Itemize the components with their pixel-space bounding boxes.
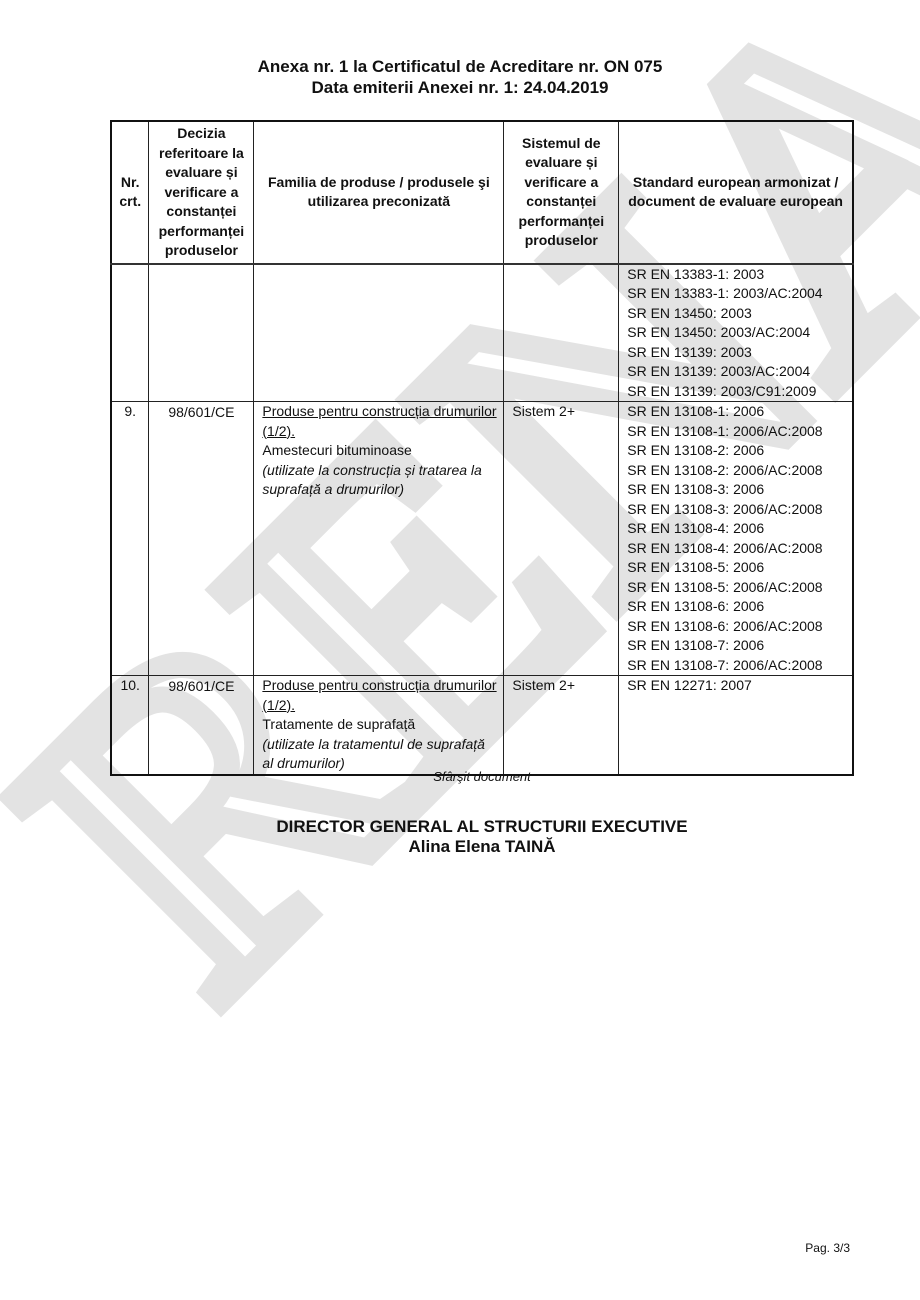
standard-item: SR EN 13450: 2003 [627,304,848,324]
standard-item: SR EN 13108-1: 2006/AC:2008 [627,422,848,442]
standards-cell: SR EN 13383-1: 2003SR EN 13383-1: 2003/A… [619,264,853,402]
column-header-system: Sistemul de evaluare și verificare a con… [504,121,619,264]
column-header-decision: Decizia referitoare la evaluare și verif… [149,121,254,264]
table-header-row: Nr. crt. Decizia referitoare la evaluare… [111,121,853,264]
column-header-standard: Standard european armonizat / document d… [619,121,853,264]
standard-item: SR EN 13139: 2003/C91:2009 [627,382,848,402]
standard-item: SR EN 13108-1: 2006 [627,402,848,422]
column-header-nr: Nr. crt. [111,121,149,264]
standards-cell: SR EN 13108-1: 2006SR EN 13108-1: 2006/A… [619,402,853,676]
table-row: 9.98/601/CEProduse pentru construcția dr… [111,402,853,676]
standard-item: SR EN 13383-1: 2003 [627,265,848,285]
standard-item: SR EN 13108-3: 2006/AC:2008 [627,500,848,520]
system-cell [504,264,619,402]
standard-item: SR EN 13108-3: 2006 [627,480,848,500]
standard-item: SR EN 13139: 2003 [627,343,848,363]
standard-item: SR EN 13108-7: 2006/AC:2008 [627,656,848,676]
system-cell: Sistem 2+ [504,402,619,676]
family-title: Produse pentru construcția drumurilor (1… [262,403,496,439]
standard-item: SR EN 13139: 2003/AC:2004 [627,362,848,382]
end-of-document-note: Sfârşit document [0,769,920,784]
row-number: 9. [111,402,149,676]
table-row: SR EN 13383-1: 2003SR EN 13383-1: 2003/A… [111,264,853,402]
signature-role: DIRECTOR GENERAL AL STRUCTURII EXECUTIVE [0,817,920,837]
decision-cell: 98/601/CE [149,402,254,676]
title-line-1: Anexa nr. 1 la Certificatul de Acreditar… [0,56,920,77]
standard-item: SR EN 13450: 2003/AC:2004 [627,323,848,343]
document-title: Anexa nr. 1 la Certificatul de Acreditar… [0,56,920,98]
table-row: 10.98/601/CEProduse pentru construcția d… [111,676,853,775]
family-use: (utilizate la tratamentul de suprafață a… [262,736,485,772]
standard-item: SR EN 13108-6: 2006 [627,597,848,617]
standard-item: SR EN 13108-6: 2006/AC:2008 [627,617,848,637]
standards-cell: SR EN 12271: 2007 [619,676,853,775]
decision-cell: 98/601/CE [149,676,254,775]
system-cell: Sistem 2+ [504,676,619,775]
family-cell: Produse pentru construcția drumurilor (1… [254,676,504,775]
family-product: Amestecuri bituminoase [262,442,411,458]
standard-item: SR EN 13108-2: 2006 [627,441,848,461]
standard-item: SR EN 13108-2: 2006/AC:2008 [627,461,848,481]
title-line-2: Data emiterii Anexei nr. 1: 24.04.2019 [0,77,920,98]
standard-item: SR EN 13383-1: 2003/AC:2004 [627,284,848,304]
signature-name: Alina Elena TAINĂ [0,837,920,857]
standard-item: SR EN 13108-5: 2006/AC:2008 [627,578,848,598]
column-header-family: Familia de produse / produsele şi utiliz… [254,121,504,264]
family-cell: Produse pentru construcția drumurilor (1… [254,402,504,676]
standard-item: SR EN 13108-7: 2006 [627,636,848,656]
signature-block: DIRECTOR GENERAL AL STRUCTURII EXECUTIVE… [0,817,920,857]
family-cell [254,264,504,402]
family-use: (utilizate la construcția și tratarea la… [262,462,481,498]
family-product: Tratamente de suprafață [262,716,415,732]
row-number: 10. [111,676,149,775]
standard-item: SR EN 12271: 2007 [627,676,848,696]
standard-item: SR EN 13108-4: 2006/AC:2008 [627,539,848,559]
accreditation-table: Nr. crt. Decizia referitoare la evaluare… [110,120,854,776]
standard-item: SR EN 13108-4: 2006 [627,519,848,539]
family-title: Produse pentru construcția drumurilor (1… [262,677,496,713]
decision-cell [149,264,254,402]
row-number [111,264,149,402]
standard-item: SR EN 13108-5: 2006 [627,558,848,578]
page-number: Pag. 3/3 [805,1241,850,1255]
